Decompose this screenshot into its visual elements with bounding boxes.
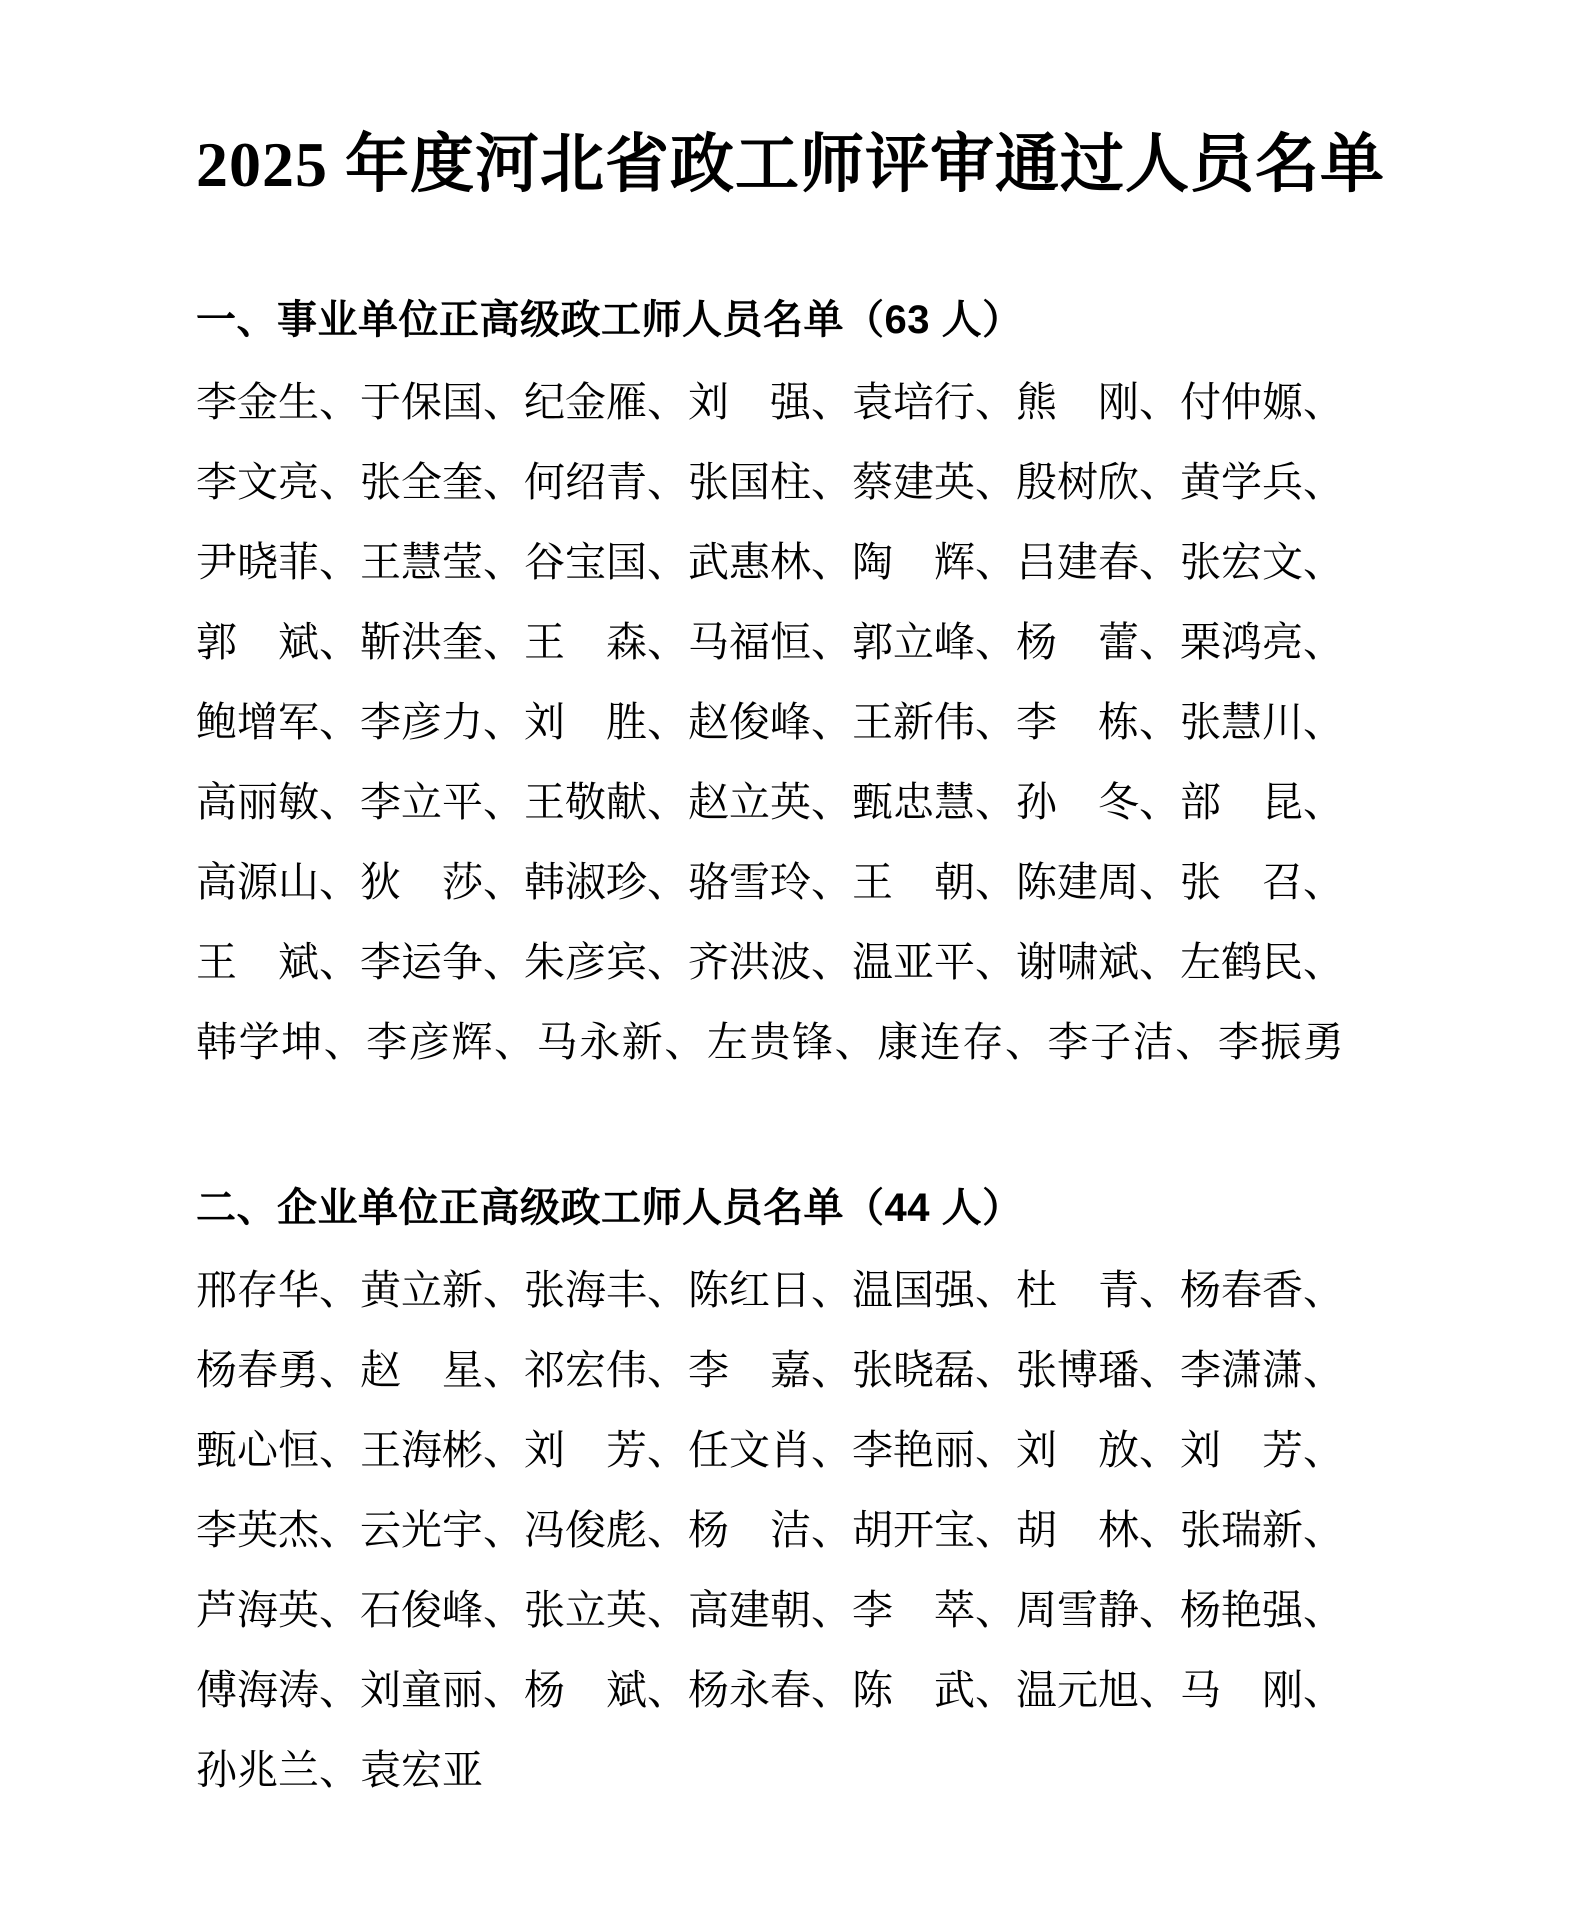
name-line: 杨春勇、赵 星、祁宏伟、李 嘉、张晓磊、张博璠、李潇潇、 <box>196 1330 1344 1410</box>
section-2-heading: 二、企业单位正高级政工师人员名单（44 人） <box>196 1182 1344 1234</box>
name-line: 鲍增军、李彦力、刘 胜、赵俊峰、王新伟、李 栋、张慧川、 <box>196 682 1344 762</box>
name-line: 高源山、狄 莎、韩淑珍、骆雪玲、王 朝、陈建周、张 召、 <box>196 842 1344 922</box>
name-line: 傅海涛、刘童丽、杨 斌、杨永春、陈 武、温元旭、马 刚、 <box>196 1650 1344 1730</box>
section-1-heading: 一、事业单位正高级政工师人员名单（63 人） <box>196 294 1344 346</box>
name-line: 李金生、于保国、纪金雁、刘 强、袁培行、熊 刚、付仲嫄、 <box>196 362 1344 442</box>
name-line: 甄心恒、王海彬、刘 芳、任文肖、李艳丽、刘 放、刘 芳、 <box>196 1410 1344 1490</box>
name-line: 李文亮、张全奎、何绍青、张国柱、蔡建英、殷树欣、黄学兵、 <box>196 442 1344 522</box>
name-line: 邢存华、黄立新、张海丰、陈红日、温国强、杜 青、杨春香、 <box>196 1250 1344 1330</box>
name-line: 郭 斌、靳洪奎、王 森、马福恒、郭立峰、杨 蕾、栗鸿亮、 <box>196 602 1344 682</box>
section-1-name-list: 李金生、于保国、纪金雁、刘 强、袁培行、熊 刚、付仲嫄、 李文亮、张全奎、何绍青… <box>196 362 1344 1082</box>
page-title: 2025 年度河北省政工师评审通过人员名单 <box>196 128 1344 202</box>
name-line: 韩学坤、李彦辉、马永新、左贵锋、康连存、李子洁、李振勇 <box>196 1002 1344 1082</box>
name-line: 李英杰、云光宇、冯俊彪、杨 洁、胡开宝、胡 林、张瑞新、 <box>196 1490 1344 1570</box>
name-line: 王 斌、李运争、朱彦宾、齐洪波、温亚平、谢啸斌、左鹤民、 <box>196 922 1344 1002</box>
name-line: 高丽敏、李立平、王敬献、赵立英、甄忠慧、孙 冬、部 昆、 <box>196 762 1344 842</box>
section-public-institutions: 一、事业单位正高级政工师人员名单（63 人） 李金生、于保国、纪金雁、刘 强、袁… <box>196 294 1344 1082</box>
name-line: 孙兆兰、袁宏亚 <box>196 1730 1344 1810</box>
section-enterprises: 二、企业单位正高级政工师人员名单（44 人） 邢存华、黄立新、张海丰、陈红日、温… <box>196 1182 1344 1810</box>
name-line: 尹晓菲、王慧莹、谷宝国、武惠林、陶 辉、吕建春、张宏文、 <box>196 522 1344 602</box>
name-line: 芦海英、石俊峰、张立英、高建朝、李 萃、周雪静、杨艳强、 <box>196 1570 1344 1650</box>
document-page: 2025 年度河北省政工师评审通过人员名单 一、事业单位正高级政工师人员名单（6… <box>0 0 1587 1920</box>
section-2-name-list: 邢存华、黄立新、张海丰、陈红日、温国强、杜 青、杨春香、 杨春勇、赵 星、祁宏伟… <box>196 1250 1344 1810</box>
